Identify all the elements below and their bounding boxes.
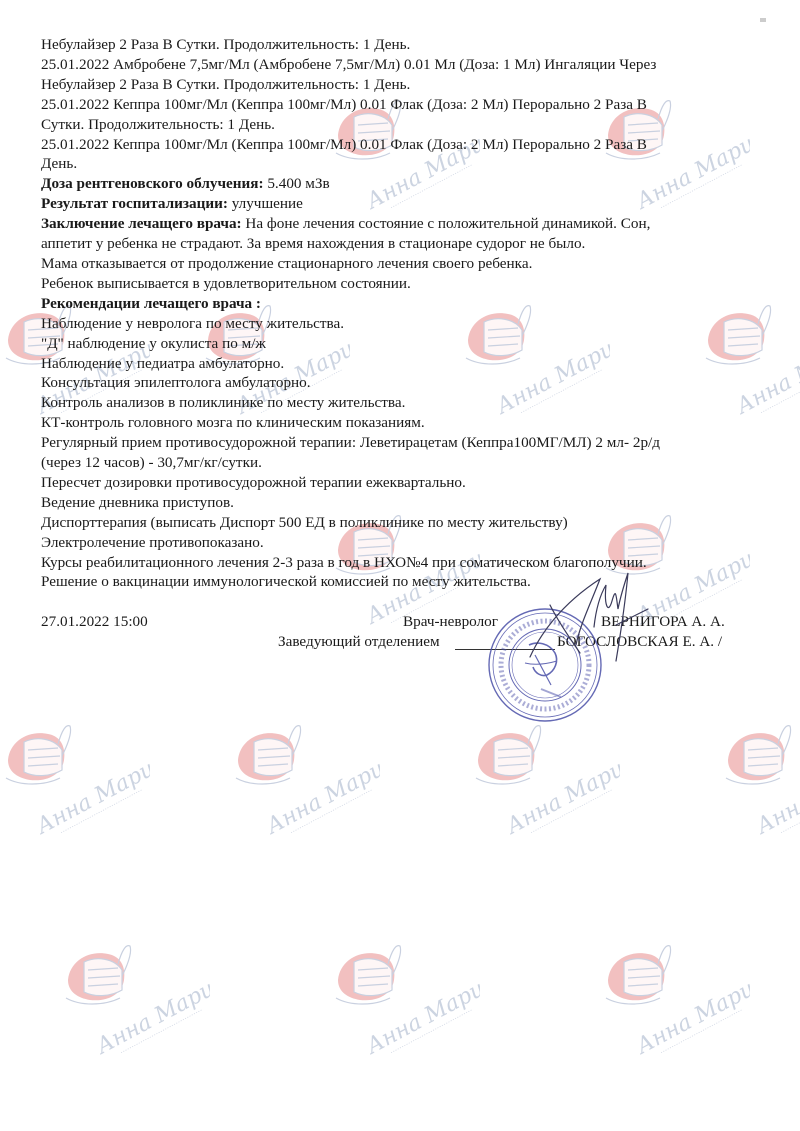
watermark-logo-icon: Анна Мария	[720, 720, 800, 840]
recommendation-item: Электролечение противопоказано.	[41, 533, 771, 553]
scan-artifact	[760, 18, 766, 22]
radiation-dose: Доза рентгеновского облучения: 5.400 мЗв	[41, 174, 771, 194]
radiation-dose-value: 5.400 мЗв	[264, 175, 330, 192]
watermark-logo-icon: Анна Мария	[0, 720, 150, 840]
medication-line: 25.01.2022 Амбробене 7,5мг/Мл (Амбробене…	[41, 55, 771, 75]
conclusion-line: Ребенок выписывается в удовлетворительно…	[41, 274, 771, 294]
recommendation-item: (через 12 часов) - 30,7мг/кг/сутки.	[41, 453, 771, 473]
watermark-logo-icon: Анна Мария	[470, 720, 620, 840]
recommendation-item: Регулярный прием противосудорожной терап…	[41, 433, 771, 453]
recommendation-item: Наблюдение у невролога по месту жительст…	[41, 314, 771, 334]
recommendation-item: Наблюдение у педиатра амбулаторно.	[41, 354, 771, 374]
medication-line: 25.01.2022 Кеппра 100мг/Мл (Кеппра 100мг…	[41, 95, 771, 115]
spacer	[41, 592, 771, 612]
watermark-logo-icon: Анна Мария	[600, 940, 750, 1060]
recommendations-heading: Рекомендации лечащего врача :	[41, 294, 771, 314]
doctor-conclusion-label: Заключение лечащего врача:	[41, 215, 242, 232]
recommendation-item: "Д" наблюдение у окулиста по м/ж	[41, 334, 771, 354]
radiation-dose-label: Доза рентгеновского облучения:	[41, 175, 264, 192]
handwritten-signature-icon	[520, 565, 660, 675]
medication-line: Сутки. Продолжительность: 1 День.	[41, 115, 771, 135]
recommendation-item: Пересчет дозировки противосудорожной тер…	[41, 473, 771, 493]
hospitalization-result-label: Результат госпитализации:	[41, 195, 228, 212]
conclusion-line: Мама отказывается от продолжение стацион…	[41, 254, 771, 274]
watermark-logo-icon: Анна Мария	[230, 720, 380, 840]
medication-line: Небулайзер 2 Раза В Сутки. Продолжительн…	[41, 75, 771, 95]
recommendation-item: Диспорттерапия (выписать Диспорт 500 ЕД …	[41, 513, 771, 533]
head-role-label: Заведующий отделением	[278, 633, 440, 651]
discharge-summary-text: Небулайзер 2 Раза В Сутки. Продолжительн…	[41, 35, 771, 632]
medication-line: День.	[41, 154, 771, 174]
recommendation-item: Консультация эпилептолога амбулаторно.	[41, 373, 771, 393]
recommendation-item: Курсы реабилитационного лечения 2-3 раза…	[41, 553, 771, 573]
watermark-logo-icon: Анна Мария	[60, 940, 210, 1060]
doctor-conclusion: Заключение лечащего врача: На фоне лечен…	[41, 214, 771, 234]
watermark-logo-icon: Анна Мария	[330, 940, 480, 1060]
document-page: Анна МарияАнна МарияАнна МарияАнна Мария…	[0, 0, 800, 1131]
recommendation-item: Ведение дневника приступов.	[41, 493, 771, 513]
medication-line: 25.01.2022 Кеппра 100мг/Мл (Кеппра 100мг…	[41, 135, 771, 155]
doctor-role-label: Врач-невролог	[403, 613, 498, 631]
recommendation-item: КТ-контроль головного мозга по клиническ…	[41, 413, 771, 433]
recommendation-item: Контроль анализов в поликлинике по месту…	[41, 393, 771, 413]
hospitalization-result-value: улучшение	[228, 195, 303, 212]
doctor-conclusion-value: На фоне лечения состояние с положительно…	[242, 215, 651, 232]
medication-line: Небулайзер 2 Раза В Сутки. Продолжительн…	[41, 35, 771, 55]
hospitalization-result: Результат госпитализации: улучшение	[41, 194, 771, 214]
recommendation-item: Решение о вакцинации иммунологической ко…	[41, 572, 771, 592]
conclusion-line: аппетит у ребенка не страдают. За время …	[41, 234, 771, 254]
